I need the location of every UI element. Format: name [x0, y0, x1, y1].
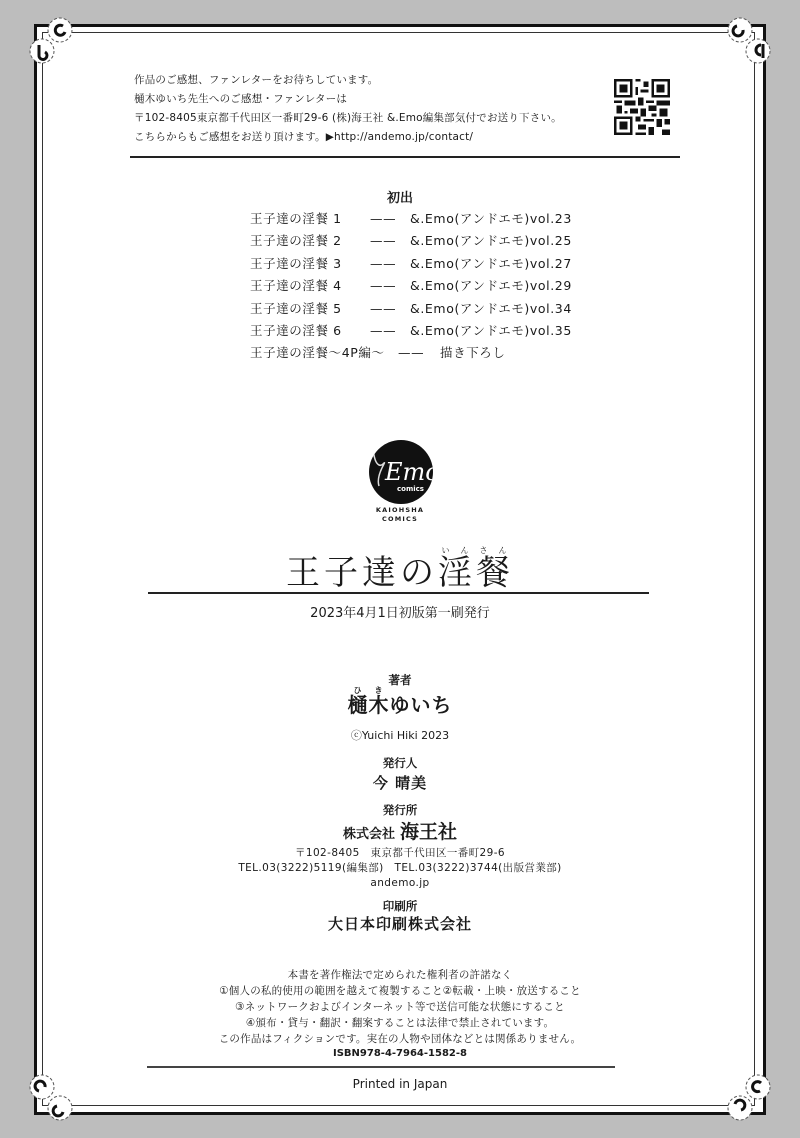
legal-line: この作品はフィクションです。実在の人物や団体などとは関係ありません。 — [0, 1031, 800, 1047]
legal-line: ①個人の私的使用の範囲を越えて複製すること②転載・上映・放送すること — [0, 983, 800, 999]
chapter-source: &.Emo(アンドエモ)vol.27 — [410, 253, 572, 275]
list-item: 王子達の淫餐 6 —— &.Emo(アンドエモ)vol.35 — [250, 320, 572, 342]
notice-line: 樋木ゆいち先生へのご感想・ファンレターは — [134, 90, 562, 109]
title-kanji-ruby: 淫いん — [438, 553, 476, 593]
dash: —— — [370, 230, 410, 252]
chapter-title: 王子達の淫餐 2 — [250, 230, 370, 252]
divider — [130, 156, 680, 158]
dash: —— — [370, 320, 410, 342]
printer-label: 印刷所 — [0, 898, 800, 914]
publisher-company: 海王社 — [400, 821, 457, 843]
dash: —— — [370, 275, 410, 297]
isbn: ISBN978-4-7964-1582-8 — [0, 1048, 800, 1059]
issuer-label: 発行人 — [0, 755, 800, 771]
publisher-website[interactable]: andemo.jp — [0, 876, 800, 891]
corner-swirl-icon — [27, 14, 77, 69]
copyright: ⓒYuichi Hiki 2023 — [0, 727, 800, 743]
legal-line: 本書を著作権法で定められた権利者の許諾なく — [0, 967, 800, 983]
list-item: 王子達の淫餐 3 —— &.Emo(アンドエモ)vol.27 — [250, 253, 572, 275]
first-publication-list: 王子達の淫餐 1 —— &.Emo(アンドエモ)vol.23 王子達の淫餐 2 … — [250, 208, 572, 365]
edition-date: 2023年4月1日初版第一刷発行 — [0, 602, 800, 621]
list-item: 王子達の淫餐 5 —— &.Emo(アンドエモ)vol.34 — [250, 298, 572, 320]
logo-mark-icon: Emo comics — [369, 440, 433, 504]
dash: —— — [370, 298, 410, 320]
legal-notice: 本書を著作権法で定められた権利者の許諾なく ①個人の私的使用の範囲を越えて複製す… — [0, 967, 800, 1047]
list-item: 王子達の淫餐 1 —— &.Emo(アンドエモ)vol.23 — [250, 208, 572, 230]
notice-line-url[interactable]: こちらからもご感想をお送り頂けます。▶http://andemo.jp/cont… — [134, 128, 562, 147]
legal-line: ④頒布・貸与・翻訳・翻案することは法律で禁止されています。 — [0, 1015, 800, 1031]
dash: —— — [370, 208, 410, 230]
title-kanji-ruby: 餐さん — [476, 553, 514, 593]
chapter-title: 王子達の淫餐 3 — [250, 253, 370, 275]
svg-text:comics: comics — [397, 485, 424, 493]
list-item: 王子達の淫餐 4 —— &.Emo(アンドエモ)vol.29 — [250, 275, 572, 297]
svg-text:Emo: Emo — [384, 458, 433, 486]
corner-swirl-icon — [723, 14, 773, 69]
imprint-line: KAIOHSHA — [0, 506, 800, 515]
chapter-source: &.Emo(アンドエモ)vol.25 — [410, 230, 572, 252]
publisher-imprint: KAIOHSHA COMICS — [0, 506, 800, 524]
list-item: 王子達の淫餐～4P編～ —— 描き下ろし — [250, 342, 572, 364]
printed-in: Printed in Japan — [0, 1077, 800, 1091]
dash: —— — [398, 342, 440, 364]
title-underline — [148, 592, 649, 594]
notice-line: 作品のご感想、ファンレターをお待ちしています。 — [134, 71, 562, 90]
author-name: 樋ひ木きゆいち — [0, 686, 800, 718]
notice-line: 〒102-8405東京都千代田区一番町29-6 (株)海王社 &.Emo編集部気… — [134, 109, 562, 128]
qr-code-icon[interactable] — [611, 79, 673, 135]
legal-line: ③ネットワークおよびインターネット等で送信可能な状態にすること — [0, 999, 800, 1015]
title-text: 王子達の — [286, 553, 438, 593]
chapter-title: 王子達の淫餐 1 — [250, 208, 370, 230]
chapter-source: &.Emo(アンドエモ)vol.23 — [410, 208, 572, 230]
chapter-source: &.Emo(アンドエモ)vol.29 — [410, 275, 572, 297]
first-publication-heading: 初出 — [0, 187, 800, 206]
chapter-title: 王子達の淫餐 6 — [250, 320, 370, 342]
chapter-source: &.Emo(アンドエモ)vol.34 — [410, 298, 572, 320]
issuer-name: 今 晴美 — [0, 772, 800, 793]
emo-comics-logo: Emo comics — [369, 440, 433, 504]
chapter-title: 王子達の淫餐～4P編～ — [250, 342, 398, 364]
publisher-name: 株式会社 海王社 — [0, 817, 800, 844]
book-title: 王子達の淫いん餐さん — [0, 545, 800, 594]
fan-letter-notice: 作品のご感想、ファンレターをお待ちしています。 樋木ゆいち先生へのご感想・ファン… — [134, 71, 562, 147]
printer-name: 大日本印刷株式会社 — [0, 913, 800, 934]
list-item: 王子達の淫餐 2 —— &.Emo(アンドエモ)vol.25 — [250, 230, 572, 252]
chapter-title: 王子達の淫餐 5 — [250, 298, 370, 320]
chapter-source: &.Emo(アンドエモ)vol.35 — [410, 320, 572, 342]
publisher-prefix: 株式会社 — [343, 827, 395, 842]
divider — [147, 1066, 615, 1068]
chapter-source: 描き下ろし — [440, 342, 506, 364]
publisher-address: 〒102-8405 東京都千代田区一番町29-6 — [0, 846, 800, 861]
chapter-title: 王子達の淫餐 4 — [250, 275, 370, 297]
publisher-tel: TEL.03(3222)5119(編集部) TEL.03(3222)3744(出… — [0, 861, 800, 876]
publisher-label: 発行所 — [0, 802, 800, 818]
dash: —— — [370, 253, 410, 275]
imprint-line: COMICS — [0, 515, 800, 524]
